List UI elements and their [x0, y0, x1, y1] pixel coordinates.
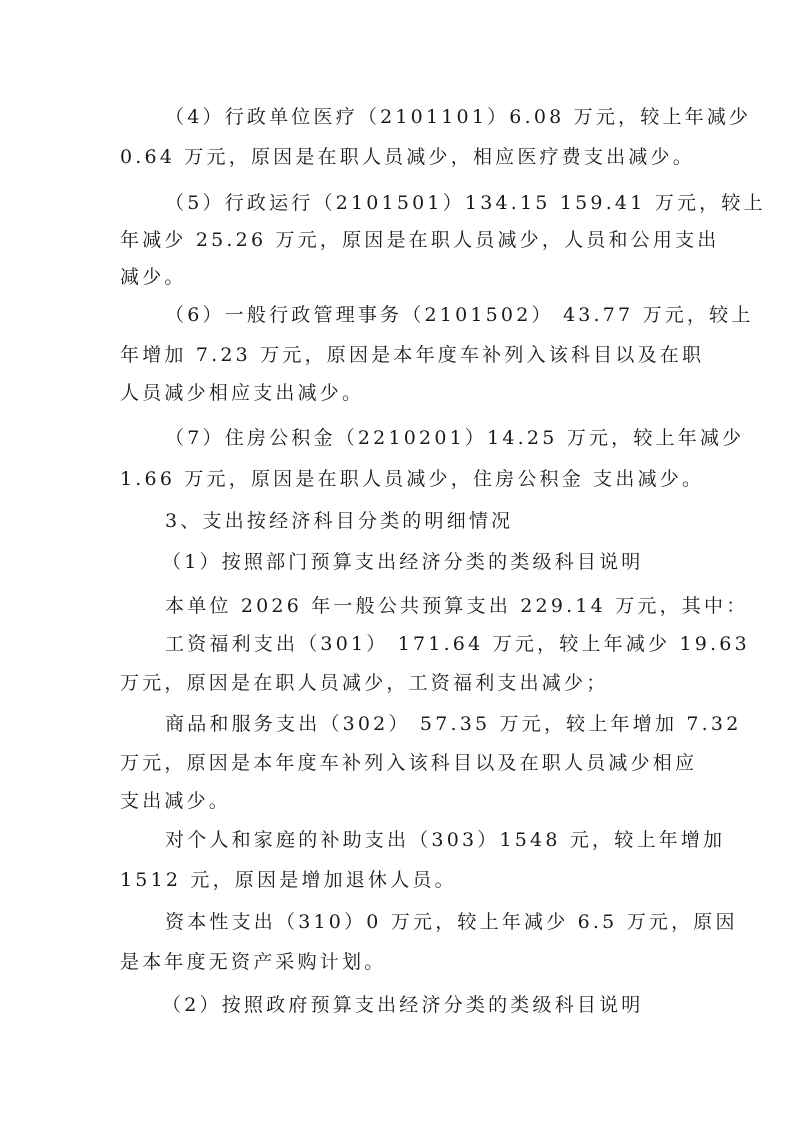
paragraph-line: （5）行政运行（2101501）134.15 159.41 万元，较上 — [165, 191, 766, 215]
paragraph-line: （6）一般行政管理事务（2101502） 43.77 万元，较上 — [165, 303, 754, 327]
section-heading: 3、支出按经济科目分类的明细情况 — [165, 509, 513, 533]
paragraph-line: 减少。 — [120, 265, 187, 289]
paragraph-line: 年减少 25.26 万元，原因是在职人员减少，人员和公用支出 — [120, 228, 719, 252]
paragraph-line: 工资福利支出（301） 171.64 万元，较上年减少 19.63 — [165, 632, 750, 656]
paragraph-line: 年增加 7.23 万元，原因是本年度车补列入该科目以及在职 — [120, 343, 704, 367]
subsection-heading: （2）按照政府预算支出经济分类的类级科目说明 — [162, 993, 644, 1017]
paragraph-line: 对个人和家庭的补助支出（303）1548 元，较上年增加 — [165, 828, 725, 852]
subsection-heading: （1）按照部门预算支出经济分类的类级科目说明 — [162, 550, 644, 574]
paragraph-line: 资本性支出（310）0 万元，较上年减少 6.5 万元，原因 — [165, 910, 738, 934]
paragraph-line: 1.66 万元，原因是在职人员减少，住房公积金 支出减少。 — [120, 467, 704, 491]
paragraph-line: 人员减少相应支出减少。 — [120, 381, 364, 405]
paragraph-line: 支出减少。 — [120, 789, 231, 813]
paragraph-line: 1512 元，原因是增加退休人员。 — [120, 868, 457, 892]
paragraph-line: 万元，原因是在职人员减少，工资福利支出减少； — [120, 671, 608, 695]
paragraph-line: 商品和服务支出（302） 57.35 万元，较上年增加 7.32 — [165, 712, 741, 736]
paragraph-line: （4）行政单位医疗（2101101）6.08 万元，较上年减少 — [165, 105, 751, 129]
paragraph-line: 0.64 万元，原因是在职人员减少，相应医疗费支出减少。 — [120, 145, 695, 169]
paragraph-line: 万元，原因是本年度车补列入该科目以及在职人员减少相应 — [120, 751, 697, 775]
paragraph-line: 是本年度无资产采购计划。 — [120, 950, 386, 974]
summary-paragraph: 本单位 2026 年一般公共预算支出 229.14 万元，其中： — [165, 594, 748, 618]
paragraph-line: （7）住房公积金（2210201）14.25 万元，较上年减少 — [165, 426, 744, 450]
